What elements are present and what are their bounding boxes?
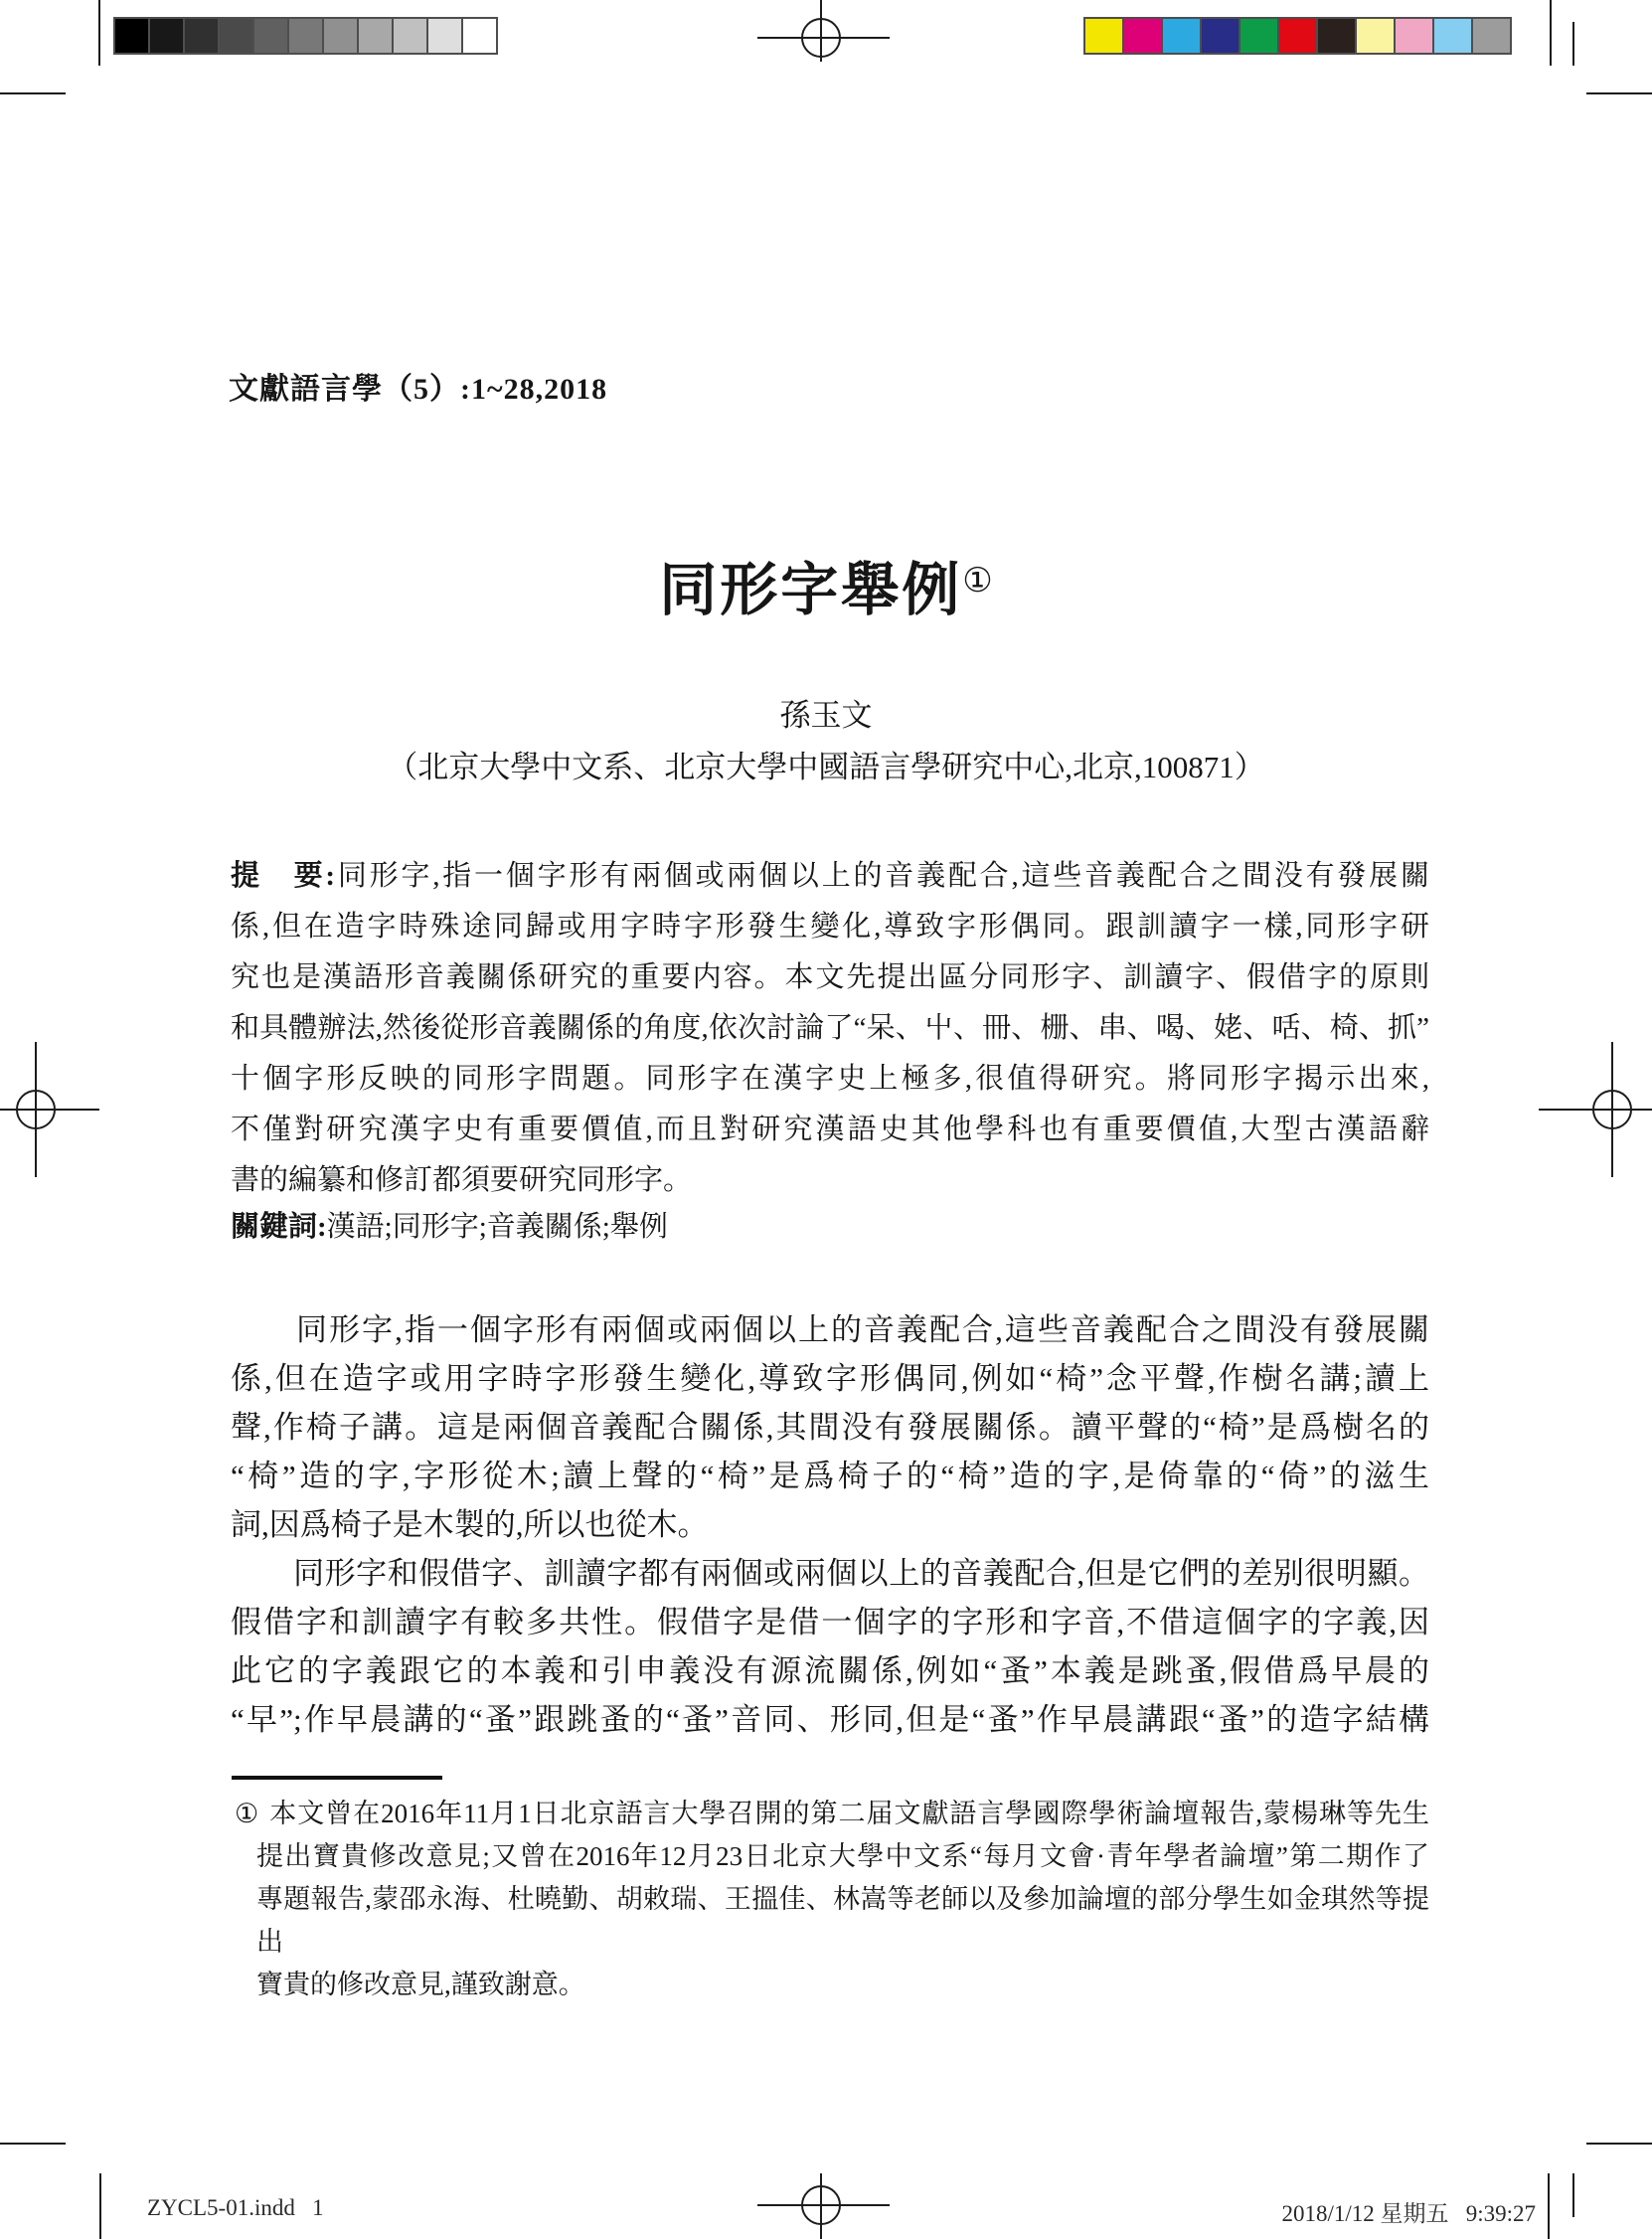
- color-calibration-bar: [1083, 17, 1512, 55]
- keywords-text: 漢語;同形字;音義關係;舉例: [327, 1211, 668, 1243]
- registration-mark-bottom-vline: [820, 2173, 822, 2239]
- color-swatch: [1277, 17, 1318, 55]
- crop-mark-top-left-h: [0, 92, 66, 94]
- title-footnote-ref: ①: [962, 563, 992, 600]
- abstract-line: 十個字形反映的同形字問題。同形字在漢字史上極多,很值得研究。將同形字揭示出來,: [231, 1054, 1429, 1105]
- color-swatch: [1394, 17, 1434, 55]
- color-swatch: [1083, 17, 1124, 55]
- footnote-line: 專題報告,蒙邵永海、杜曉勤、胡敕瑞、王搵佳、林嵩等老師以及參加論壇的部分學生如金…: [235, 1878, 1429, 1964]
- keywords-line: 關鍵詞:漢語;同形字;音義關係;舉例: [231, 1202, 1429, 1253]
- footnote-line: 提出寶貴修改意見;又曾在2016年12月23日北京大學中文系“每月文會·青年學者…: [235, 1835, 1429, 1878]
- footnote-marker: ①: [235, 1799, 259, 1828]
- text-line: 同形字,指一個字形有兩個或兩個以上的音義配合,這些音義配合之間没有發展關: [231, 1305, 1429, 1354]
- footnote-line: ①本文曾在2016年11月1日北京語言大學召開的第二届文獻語言學國際學術論壇報告…: [235, 1793, 1429, 1835]
- crop-mark-top-left-v: [98, 0, 100, 66]
- registration-mark-bottom-hline: [757, 2204, 890, 2206]
- abstract-block: 提 要:同形字,指一個字形有兩個或兩個以上的音義配合,這些音義配合之間没有發展關…: [231, 851, 1429, 1206]
- keywords-label: 關鍵詞:: [231, 1211, 327, 1243]
- footer-file-info: ZYCL5-01.indd 1: [147, 2195, 324, 2221]
- registration-mark-left-vline: [35, 1042, 37, 1177]
- abstract-line: 和具體辦法,然後從形音義關係的角度,依次討論了“呆、屮、冊、栅、串、喝、姥、咶、…: [231, 1003, 1429, 1054]
- color-swatch: [148, 17, 185, 55]
- registration-mark-right-vline: [1611, 1042, 1613, 1177]
- footnote-block: ①本文曾在2016年11月1日北京語言大學召開的第二届文獻語言學國際學術論壇報告…: [235, 1793, 1429, 2006]
- crop-mark-bottom-right-v: [1548, 2173, 1550, 2239]
- text-line: 係,但在造字或用字時字形發生變化,導致字形偶同,例如“椅”念平聲,作樹名講;讀上: [231, 1354, 1429, 1403]
- color-swatch: [357, 17, 394, 55]
- abstract-label: 提 要:: [231, 860, 335, 892]
- color-swatch: [1200, 17, 1240, 55]
- text-line: “椅”造的字,字形從木;讀上聲的“椅”是爲椅子的“椅”造的字,是倚靠的“倚”的滋…: [231, 1452, 1429, 1500]
- footnote-line: 寶貴的修改意見,謹致謝意。: [235, 1964, 1429, 2006]
- color-swatch: [1432, 17, 1473, 55]
- author-affiliation: （北京大學中文系、北京大學中國語言學研究中心,北京,100871）: [0, 742, 1652, 786]
- color-swatch: [1122, 17, 1163, 55]
- abstract-line: 係,但在造字時殊途同歸或用字時字形發生變化,導致字形偶同。跟訓讀字一樣,同形字研: [231, 902, 1429, 952]
- abstract-line: 提 要:同形字,指一個字形有兩個或兩個以上的音義配合,這些音義配合之間没有發展關: [231, 851, 1429, 902]
- registration-mark-left-hline: [0, 1109, 99, 1111]
- color-swatch: [322, 17, 359, 55]
- crop-mark-bottom-left-v: [99, 2173, 101, 2239]
- footnote-separator-rule: [232, 1776, 442, 1780]
- color-swatch: [1239, 17, 1279, 55]
- registration-mark-top-vline: [820, 0, 822, 62]
- color-swatch: [252, 17, 289, 55]
- color-swatch: [287, 17, 324, 55]
- journal-citation: 文獻語言學（5）:1~28,2018: [229, 364, 607, 408]
- crop-mark-top-right-v: [1550, 0, 1552, 66]
- abstract-line: 究也是漢語形音義關係研究的重要内容。本文先提出區分同形字、訓讀字、假借字的原則: [231, 952, 1429, 1003]
- footer-timestamp: 2018/1/12 星期五 9:39:27: [1281, 2195, 1536, 2228]
- text-line: 此它的字義跟它的本義和引申義没有源流關係,例如“蚤”本義是跳蚤,假借爲早晨的: [231, 1646, 1429, 1695]
- text-line: 聲,作椅子講。這是兩個音義配合關係,其間没有發展關係。讀平聲的“椅”是爲樹名的: [231, 1403, 1429, 1452]
- color-swatch: [1355, 17, 1396, 55]
- text-line: 同形字和假借字、訓讀字都有兩個或兩個以上的音義配合,但是它們的差别很明顯。: [231, 1549, 1429, 1598]
- abstract-line: 不僅對研究漢字史有重要價值,而且對研究漢語史其他學科也有重要價值,大型古漢語辭: [231, 1105, 1429, 1155]
- color-swatch: [183, 17, 220, 55]
- text-line: 詞,因爲椅子是木製的,所以也從木。: [231, 1500, 1429, 1549]
- scanned-paper-page: 文獻語言學（5）:1~28,2018 同形字舉例① 孫玉文 （北京大學中文系、北…: [0, 0, 1652, 2239]
- color-swatch: [426, 17, 463, 55]
- grayscale-calibration-bar: [113, 17, 498, 55]
- crop-mark-bottom-right-v2: [1572, 2173, 1574, 2217]
- color-swatch: [1161, 17, 1202, 55]
- color-swatch: [392, 17, 428, 55]
- text-line: “早”;作早晨講的“蚤”跟跳蚤的“蚤”音同、形同,但是“蚤”作早晨講跟“蚤”的造…: [231, 1695, 1429, 1744]
- color-swatch: [1316, 17, 1357, 55]
- author-name: 孫玉文: [0, 690, 1652, 735]
- color-swatch: [218, 17, 254, 55]
- registration-mark-top-hline: [757, 37, 890, 39]
- crop-mark-bottom-right-h: [1586, 2143, 1652, 2145]
- body-text: 同形字,指一個字形有兩個或兩個以上的音義配合,這些音義配合之間没有發展關 係,但…: [231, 1305, 1429, 1744]
- color-swatch: [113, 17, 150, 55]
- registration-mark-right-hline: [1539, 1109, 1652, 1111]
- crop-mark-top-right-h: [1586, 92, 1652, 94]
- crop-mark-top-right-v2: [1572, 22, 1574, 66]
- crop-mark-bottom-left-h: [0, 2143, 66, 2145]
- article-title-text: 同形字舉例: [659, 558, 962, 622]
- abstract-line: 書的編纂和修訂都須要研究同形字。: [231, 1155, 1429, 1206]
- text-line: 假借字和訓讀字有較多共性。假借字是借一個字的字形和字音,不借這個字的字義,因: [231, 1598, 1429, 1646]
- article-title: 同形字舉例①: [0, 543, 1652, 626]
- color-swatch: [1471, 17, 1512, 55]
- color-swatch: [461, 17, 498, 55]
